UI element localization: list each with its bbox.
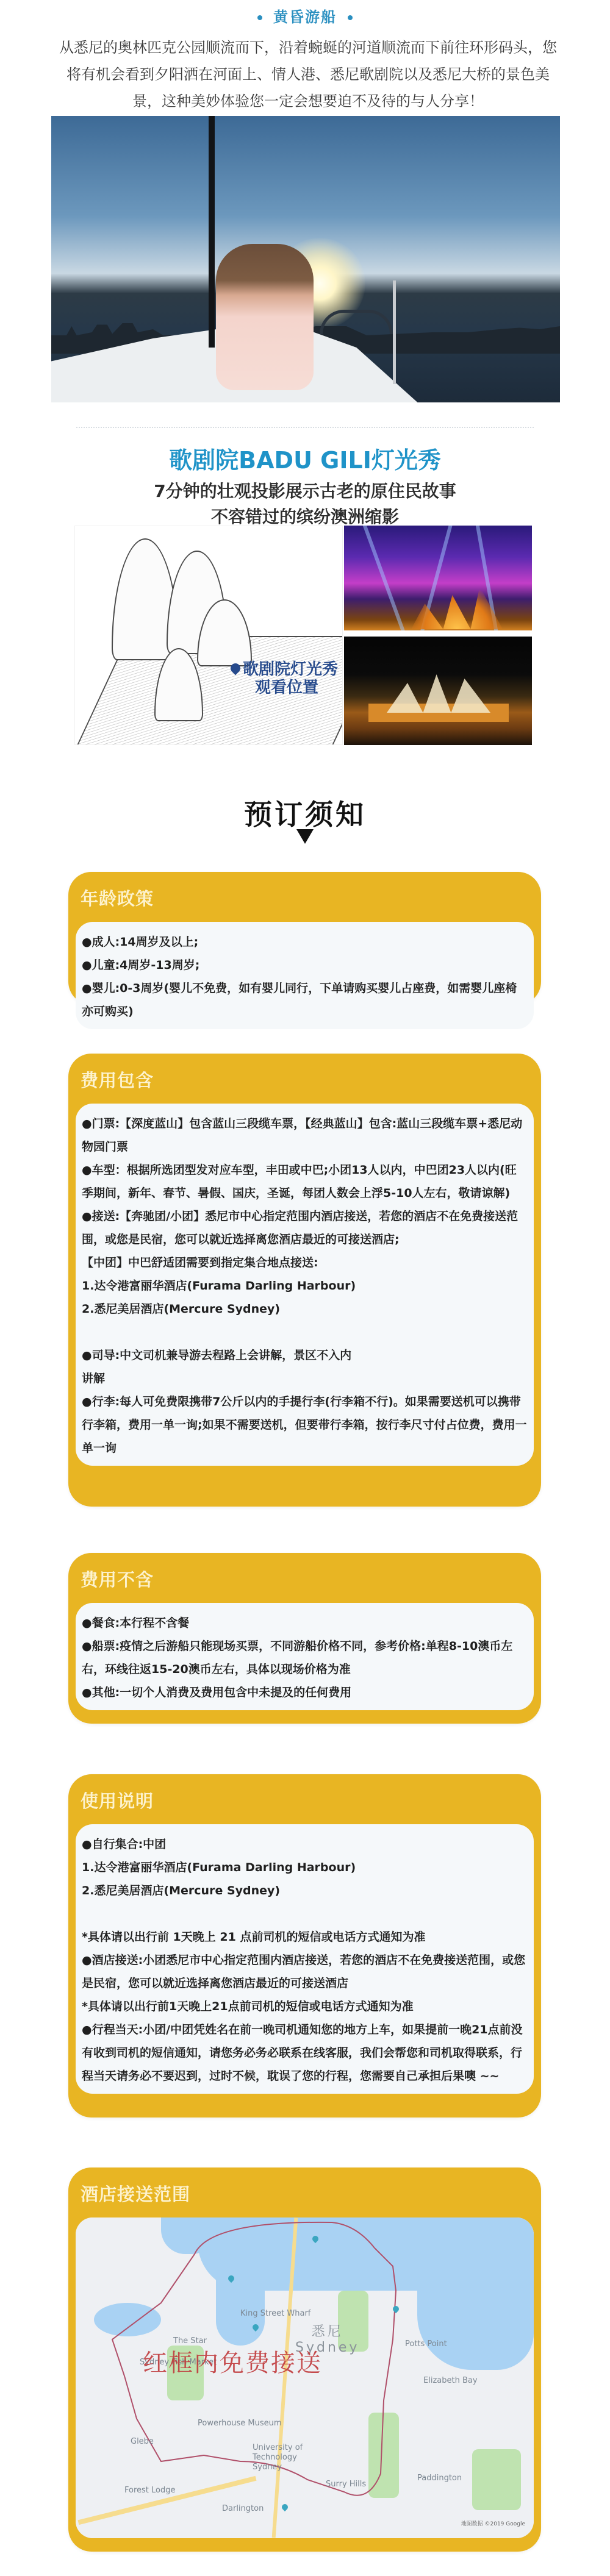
card-line: ●成人:14周岁及以上; [82,930,528,954]
city-label-cn: 悉尼 [312,2324,343,2339]
boat-mast [209,116,215,348]
card-body: ●成人:14周岁及以上; ●儿童:4周岁-13周岁; ●婴儿:0-3周岁(婴儿不… [76,922,534,1029]
woman-figure [216,244,314,390]
card-line: 2.悉尼美居酒店(Mercure Sydney) [82,1297,528,1321]
booking-notice-title: 预订须知 [0,793,610,833]
card-line: 1.达令港富丽华酒店(Furama Darling Harbour) [82,1856,528,1879]
light-show-subtitle-2: 不容错过的缤纷澳洲缩影 [0,504,610,528]
light-show-title: 歌剧院BADU GILI灯光秀 [0,441,610,475]
card-line: ●婴儿:0-3周岁(婴儿不免费，如有婴儿同行，下单请购买婴儿占座费，如需婴儿座椅… [82,977,528,1023]
card-line: 讲解 [82,1367,528,1390]
card-line: ●门票:【深度蓝山】包含蓝山三段缆车票，【经典蓝山】包含:蓝山三段缆车票+悉尼动… [82,1112,528,1158]
card-line: 【中团】中巴舒适团需要到指定集合地点接送: [82,1251,528,1274]
place-label: University of Technology Sydney [253,2443,320,2472]
usage-instructions-card: 使用说明 ●自行集合:中团 1.达令港富丽华酒店(Furama Darling … [68,1774,541,2118]
card-line: ●司导:中文司机兼导游去程路上会讲解，景区不入内 [82,1344,528,1367]
cruise-title-text: 黄昏游船 [273,9,337,26]
light-beam [360,526,405,630]
card-line: ●酒店接送:小团悉尼市中心指定范围内酒店接送，若您的酒店不在免费接送范围，或您是… [82,1949,528,1995]
card-title: 使用说明 [76,1782,534,1824]
card-line: ●其他:一切个人消费及费用包含中未提及的任何费用 [82,1681,528,1704]
cruise-photo [51,116,560,402]
fee-exclude-card: 费用不含 ●餐食:本行程不含餐 ●船票:疫情之后游船只能现场买票，不同游船价格不… [68,1553,541,1724]
place-label: Powerhouse Museum [198,2419,282,2428]
place-label: Elizabeth Bay [423,2376,478,2386]
card-line: *具体请以出行前 1天晚上 21 点前司机的短信或电话方式通知为准 [82,1925,528,1949]
card-line: ●接送:【奔驰团/小团】悉尼市中心指定范围内酒店接送，若您的酒店不在免费接送范围… [82,1205,528,1251]
card-line: ●行程当天:小团/中团凭姓名在前一晚司机通知您的地方上车，如果提前一晚21点前没… [82,2018,528,2088]
location-pin-icon [229,662,243,676]
card-body: 悉尼 Sydney Sydney Fish Market King Street… [76,2217,534,2538]
bullet-dot-icon [348,15,353,20]
bullet-dot-icon [257,15,262,20]
card-line: ●船票:疫情之后游船只能现场买票，不同游船价格不同，参考价格:单程8-10澳币左… [82,1635,528,1681]
free-pickup-zone-label: 红框内免费接送 [143,2352,322,2375]
map-credit: 地图数据 ©2019 Google [461,2513,525,2536]
light-show-photo-1 [344,526,532,630]
place-label: Surry Hills [326,2480,366,2489]
card-line: 1.达令港富丽华酒店(Furama Darling Harbour) [82,1274,528,1297]
opera-house-diagram: 歌剧院灯光秀 观看位置 [74,526,343,745]
place-label: Forest Lodge [124,2486,176,2496]
card-title: 年龄政策 [76,879,534,922]
light-show-photo-2 [344,637,532,745]
card-title: 酒店接送范围 [76,2175,534,2217]
place-label: Darlington [222,2504,264,2514]
marker-label-1: 歌剧院灯光秀 [243,660,338,679]
spacer [82,1321,528,1344]
boat-rail [393,280,396,384]
place-label: The Star [173,2336,207,2346]
harbour-bridge [320,310,393,334]
cruise-description: 从悉尼的奥林匹克公园顺流而下，沿着蜿蜒的河道顺流而下前往环形码头，您将有机会看到… [58,34,558,115]
card-title: 费用不含 [76,1560,534,1603]
card-line: 2.悉尼美居酒店(Mercure Sydney) [82,1879,528,1902]
age-policy-card: 年龄政策 ●成人:14周岁及以上; ●儿童:4周岁-13周岁; ●婴儿:0-3周… [68,872,541,1005]
card-body: ●餐食:本行程不含餐 ●船票:疫情之后游船只能现场买票，不同游船价格不同，参考价… [76,1603,534,1710]
card-title: 费用包含 [76,1061,534,1104]
down-triangle-icon [296,829,314,844]
cruise-section-title: 黄昏游船 [0,5,610,26]
light-show-subtitle-1: 7分钟的壮观投影展示古老的原住民故事 [0,478,610,502]
fee-include-card: 费用包含 ●门票:【深度蓝山】包含蓝山三段缆车票，【经典蓝山】包含:蓝山三段缆车… [68,1054,541,1507]
pickup-zone-map[interactable]: 悉尼 Sydney Sydney Fish Market King Street… [76,2217,534,2538]
viewing-location-marker: 歌剧院灯光秀 观看位置 [231,660,338,697]
spacer [82,1902,528,1925]
place-label: Potts Point [405,2339,447,2349]
place-label: Glebe [131,2437,154,2447]
card-line: ●儿童:4周岁-13周岁; [82,954,528,977]
card-line: ●行李:每人可免费限携带7公斤以内的手提行李(行李箱不行)。如果需要送机可以携带… [82,1390,528,1460]
hotel-pickup-map-card: 酒店接送范围 悉尼 Sydney Sydn [68,2167,541,2552]
card-line: ●车型：根据所选团型发对应车型，丰田或中巴;小团13人以内，中巴团23人以内(旺… [82,1158,528,1205]
marker-label-2: 观看位置 [231,679,338,697]
card-line: ●餐食:本行程不含餐 [82,1611,528,1635]
opera-house-sails [387,670,490,713]
place-label: Paddington [417,2474,462,2483]
place-label: King Street Wharf [240,2309,310,2319]
card-line: *具体请以出行前1天晚上21点前司机的短信或电话方式通知为准 [82,1995,528,2018]
card-body: ●自行集合:中团 1.达令港富丽华酒店(Furama Darling Harbo… [76,1824,534,2094]
section-divider [76,427,534,429]
card-line: ●自行集合:中团 [82,1833,528,1856]
card-body: ●门票:【深度蓝山】包含蓝山三段缆车票，【经典蓝山】包含:蓝山三段缆车票+悉尼动… [76,1104,534,1466]
